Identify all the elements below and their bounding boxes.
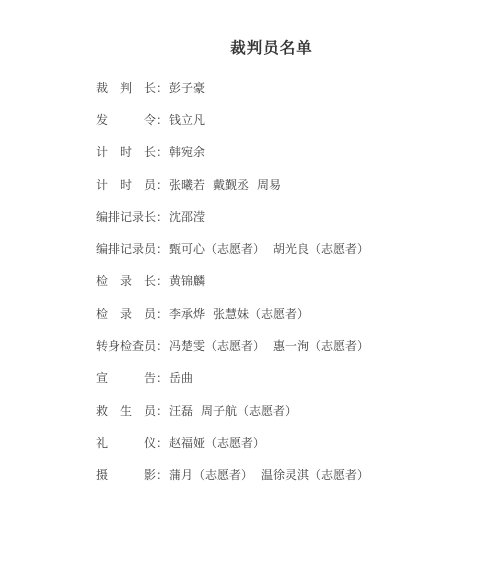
roster-row: 礼仪：赵福娅（志愿者） xyxy=(96,426,447,458)
roster-row: 检录长：黄锦麟 xyxy=(96,265,447,297)
role-char: 时 xyxy=(120,143,132,160)
role-colon: ： xyxy=(156,143,169,160)
role-char: 长 xyxy=(144,143,156,160)
role-char: 令 xyxy=(144,111,156,128)
role-char: 检 xyxy=(96,272,108,289)
role-char: 录 xyxy=(120,305,132,322)
role-colon: ： xyxy=(156,272,169,289)
role-colon: ： xyxy=(156,208,169,225)
role-char: 发 xyxy=(96,111,108,128)
names: 钱立凡 xyxy=(169,111,205,128)
role-char: 员 xyxy=(144,402,156,419)
role-char: 员 xyxy=(144,305,156,322)
role-colon: ： xyxy=(156,466,169,483)
roster-row: 转身检查员：冯楚雯（志愿者）惠一洵（志愿者） xyxy=(96,329,447,361)
role-label: 检录长 xyxy=(96,272,156,289)
roster-row: 计时员：张曦若戴觐丞周易 xyxy=(96,168,447,200)
names: 李承烨张慧妹（志愿者） xyxy=(169,305,309,322)
roster-row: 发令：钱立凡 xyxy=(96,103,447,135)
role-char: 查 xyxy=(132,337,144,354)
roster-row: 编排记录员：甄可心（志愿者）胡光良（志愿者） xyxy=(96,232,447,264)
role-char: 检 xyxy=(96,305,108,322)
role-char: 告 xyxy=(144,369,156,386)
role-char: 录 xyxy=(132,208,144,225)
role-char: 仪 xyxy=(144,434,156,451)
role-char: 长 xyxy=(144,79,156,96)
role-label: 转身检查员 xyxy=(96,337,156,354)
person-name: 甄可心（志愿者） xyxy=(169,242,265,256)
names: 彭子豪 xyxy=(169,79,205,96)
role-char: 检 xyxy=(120,337,132,354)
role-char: 摄 xyxy=(96,466,108,483)
role-char: 计 xyxy=(96,143,108,160)
role-char: 记 xyxy=(120,208,132,225)
person-name: 惠一洵（志愿者） xyxy=(273,339,369,353)
role-char: 员 xyxy=(144,176,156,193)
names: 蒲月（志愿者）温徐灵淇（志愿者） xyxy=(169,466,369,483)
roster-row: 裁判长：彭子豪 xyxy=(96,71,447,103)
role-label: 摄影 xyxy=(96,466,156,483)
role-colon: ： xyxy=(156,111,169,128)
role-char: 判 xyxy=(120,79,132,96)
person-name: 张曦若 xyxy=(169,178,205,192)
role-char: 长 xyxy=(144,208,156,225)
role-char: 身 xyxy=(108,337,120,354)
document-title: 裁判员名单 xyxy=(96,36,447,58)
role-colon: ： xyxy=(156,337,169,354)
role-label: 发令 xyxy=(96,111,156,128)
role-char: 员 xyxy=(144,337,156,354)
names: 张曦若戴觐丞周易 xyxy=(169,176,281,193)
role-char: 计 xyxy=(96,176,108,193)
names: 赵福娅（志愿者） xyxy=(169,434,265,451)
role-label: 计时长 xyxy=(96,143,156,160)
role-label: 计时员 xyxy=(96,176,156,193)
person-name: 汪磊 xyxy=(169,404,193,418)
names: 汪磊周子航（志愿者） xyxy=(169,402,297,419)
person-name: 戴觐丞 xyxy=(213,178,249,192)
role-label: 检录员 xyxy=(96,305,156,322)
role-label: 礼仪 xyxy=(96,434,156,451)
role-char: 排 xyxy=(108,240,120,257)
role-char: 编 xyxy=(96,240,108,257)
role-char: 时 xyxy=(120,176,132,193)
role-char: 录 xyxy=(132,240,144,257)
role-char: 排 xyxy=(108,208,120,225)
person-name: 彭子豪 xyxy=(169,81,205,95)
role-char: 救 xyxy=(96,402,108,419)
roster-row: 摄影：蒲月（志愿者）温徐灵淇（志愿者） xyxy=(96,459,447,491)
names: 韩宛余 xyxy=(169,143,205,160)
roster-row: 救生员：汪磊周子航（志愿者） xyxy=(96,394,447,426)
person-name: 李承烨 xyxy=(169,307,205,321)
role-label: 宣告 xyxy=(96,369,156,386)
names: 黄锦麟 xyxy=(169,272,205,289)
names: 沈邵滢 xyxy=(169,208,205,225)
person-name: 赵福娅（志愿者） xyxy=(169,436,265,450)
role-colon: ： xyxy=(156,79,169,96)
role-char: 生 xyxy=(120,402,132,419)
person-name: 张慧妹（志愿者） xyxy=(213,307,309,321)
names: 冯楚雯（志愿者）惠一洵（志愿者） xyxy=(169,337,369,354)
names: 甄可心（志愿者）胡光良（志愿者） xyxy=(169,240,369,257)
person-name: 黄锦麟 xyxy=(169,274,205,288)
role-colon: ： xyxy=(156,176,169,193)
person-name: 钱立凡 xyxy=(169,113,205,127)
role-char: 编 xyxy=(96,208,108,225)
role-char: 裁 xyxy=(96,79,108,96)
role-char: 转 xyxy=(96,337,108,354)
role-char: 录 xyxy=(120,272,132,289)
role-label: 编排记录员 xyxy=(96,240,156,257)
names: 岳曲 xyxy=(169,369,193,386)
roster-list: 裁判长：彭子豪发令：钱立凡计时长：韩宛余计时员：张曦若戴觐丞周易编排记录长：沈邵… xyxy=(96,71,447,491)
role-label: 救生员 xyxy=(96,402,156,419)
roster-row: 宣告：岳曲 xyxy=(96,362,447,394)
roster-row: 编排记录长：沈邵滢 xyxy=(96,200,447,232)
role-colon: ： xyxy=(156,305,169,322)
person-name: 周易 xyxy=(257,178,281,192)
person-name: 韩宛余 xyxy=(169,145,205,159)
role-char: 长 xyxy=(144,272,156,289)
person-name: 冯楚雯（志愿者） xyxy=(169,339,265,353)
person-name: 岳曲 xyxy=(169,371,193,385)
person-name: 蒲月（志愿者） xyxy=(169,468,253,482)
role-char: 宣 xyxy=(96,369,108,386)
role-colon: ： xyxy=(156,434,169,451)
person-name: 温徐灵淇（志愿者） xyxy=(261,468,369,482)
role-char: 礼 xyxy=(96,434,108,451)
role-label: 裁判长 xyxy=(96,79,156,96)
person-name: 胡光良（志愿者） xyxy=(273,242,369,256)
roster-row: 计时长：韩宛余 xyxy=(96,136,447,168)
role-label: 编排记录长 xyxy=(96,208,156,225)
role-colon: ： xyxy=(156,369,169,386)
role-char: 员 xyxy=(144,240,156,257)
document-page: 裁判员名单 裁判长：彭子豪发令：钱立凡计时长：韩宛余计时员：张曦若戴觐丞周易编排… xyxy=(0,0,486,583)
role-colon: ： xyxy=(156,240,169,257)
role-colon: ： xyxy=(156,402,169,419)
person-name: 周子航（志愿者） xyxy=(201,404,297,418)
role-char: 记 xyxy=(120,240,132,257)
person-name: 沈邵滢 xyxy=(169,210,205,224)
roster-row: 检录员：李承烨张慧妹（志愿者） xyxy=(96,297,447,329)
role-char: 影 xyxy=(144,466,156,483)
